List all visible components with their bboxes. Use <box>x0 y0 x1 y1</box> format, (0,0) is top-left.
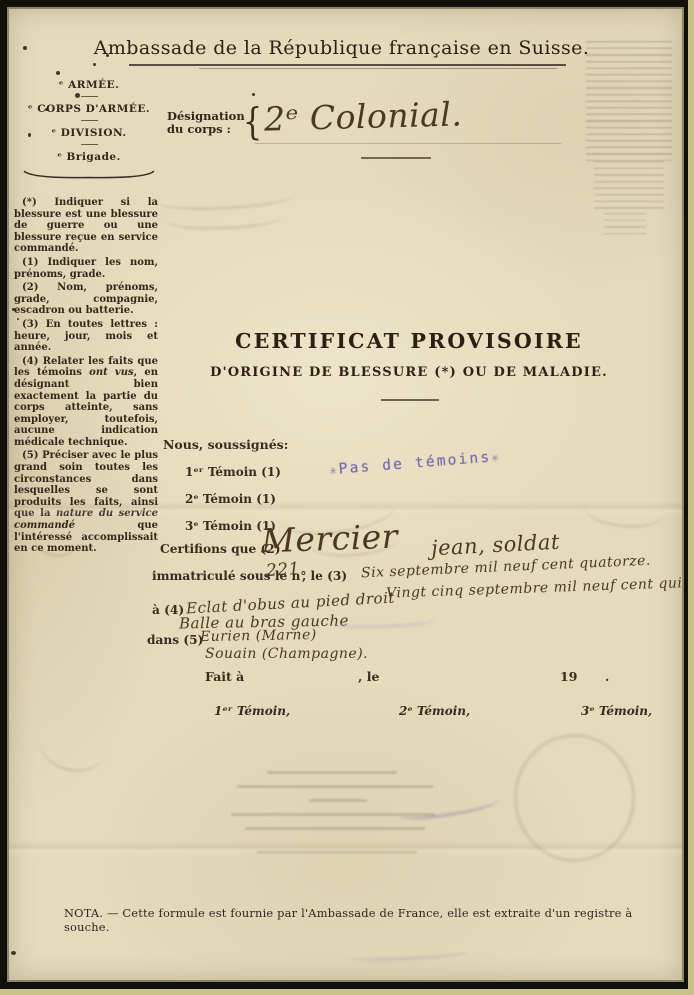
soussignes-label: Nous, soussignés: <box>163 437 288 452</box>
showthrough-text-column <box>586 41 672 161</box>
divider <box>81 96 98 97</box>
stamp-star-right: ✳ <box>491 450 502 465</box>
le-3-label: , le (3) <box>302 569 347 583</box>
header-underline-2 <box>199 68 557 69</box>
pinhole <box>45 108 48 111</box>
note-1: (1) Indiquer les nom, prénoms, grade. <box>14 257 158 280</box>
divider <box>81 144 98 145</box>
unit-armee: ᵉ ARMÉE. <box>19 79 159 91</box>
unit-division: ᵉ DIVISION. <box>19 127 159 139</box>
le-label: , le <box>358 669 379 684</box>
pinhole <box>75 93 80 98</box>
showthrough-stamp-line <box>267 771 397 774</box>
note-star: (*) Indiquer si la blessure est une bles… <box>14 197 158 255</box>
pinhole <box>56 71 60 75</box>
note-2: (2) Nom, prénoms, grade, compagnie, esca… <box>14 282 158 317</box>
photo-frame: Ambassade de la République française en … <box>0 0 694 995</box>
header-underline <box>129 64 566 66</box>
writing-baseline <box>255 143 561 144</box>
underbrace-glyph <box>21 168 157 180</box>
place-1-handwritten: Eurien (Marne) <box>200 627 317 645</box>
note-3: (3) En toutes lettres : heure, jour, moi… <box>14 319 158 354</box>
unit-brigade: ᵉ Brigade. <box>19 151 159 163</box>
designation-label-line2: du corps : <box>167 123 247 136</box>
name-suffix-handwritten: jean, soldat <box>430 530 560 561</box>
nota-footer: NOTA. — Cette formule est fournie par l'… <box>64 906 658 934</box>
brace-glyph: { <box>243 101 262 145</box>
temoin-1-line: 1ᵉʳ Témoin (1) <box>185 465 281 479</box>
short-rule <box>361 157 431 159</box>
dans-5-label: dans (5) <box>147 633 203 647</box>
pinhole <box>17 318 19 320</box>
certificate-title: CERTIFICAT PROVISOIRE <box>159 329 659 353</box>
showthrough-stamp-line <box>257 851 417 854</box>
showthrough-handwriting <box>582 487 665 531</box>
corps-handwritten-value: 2ᵉ Colonial. <box>264 94 463 138</box>
showthrough-stamp-line <box>245 827 425 830</box>
period: . <box>605 669 609 684</box>
unit-corps-armee: ᵉ CORPS D'ARMÉE. <box>19 103 159 115</box>
certificate-subtitle: D'ORIGINE DE BLESSURE (*) OU DE MALADIE. <box>159 365 659 380</box>
pinhole <box>12 308 15 311</box>
stamp-text: Pas de témoins <box>338 450 492 478</box>
showthrough-text-column <box>594 161 664 213</box>
pinhole <box>11 951 16 955</box>
sig-temoin-2: 2ᵉ Témoin, <box>399 704 470 718</box>
sig-temoin-1: 1ᵉʳ Témoin, <box>214 704 290 718</box>
document-page: Ambassade de la République française en … <box>9 9 682 980</box>
title-rule <box>381 399 439 401</box>
pas-de-temoins-stamp: ✳Pas de témoins✳ <box>329 446 540 478</box>
date-2-handwritten: Vingt cinq septembre mil neuf cent quinz… <box>386 574 682 601</box>
showthrough-round-stamp <box>514 734 635 862</box>
showthrough-stamp-line <box>309 799 367 802</box>
pinhole <box>106 54 109 57</box>
fait-a-label: Fait à <box>205 669 244 684</box>
violet-ink-showthrough <box>349 944 470 963</box>
note-4-italic: ont vus <box>89 367 134 378</box>
pinhole <box>93 63 96 66</box>
place-2-handwritten: Souain (Champagne). <box>205 646 368 662</box>
pinhole <box>28 133 31 137</box>
year-prefix: 19 <box>560 669 577 684</box>
note-4: (4) Relater les faits que les témoins on… <box>14 356 158 449</box>
note-4-post: , en désignant bien exactement la partie… <box>14 367 158 448</box>
sig-temoin-3: 3ᵉ Témoin, <box>581 704 652 718</box>
unit-designation-block: ᵉ ARMÉE. ᵉ CORPS D'ARMÉE. ᵉ DIVISION. ᵉ … <box>19 79 159 180</box>
pinhole <box>23 46 27 50</box>
showthrough-text-column <box>604 213 646 239</box>
divider <box>81 120 98 121</box>
stamp-star-left: ✳ <box>329 463 340 478</box>
pinhole <box>252 93 255 96</box>
showthrough-stamp-line <box>237 785 433 788</box>
designation-label: Désignation du corps : <box>167 110 247 136</box>
showthrough-handwriting <box>33 701 116 778</box>
matricule-handwritten: 221 <box>265 559 300 581</box>
violet-ink-showthrough <box>398 789 500 823</box>
